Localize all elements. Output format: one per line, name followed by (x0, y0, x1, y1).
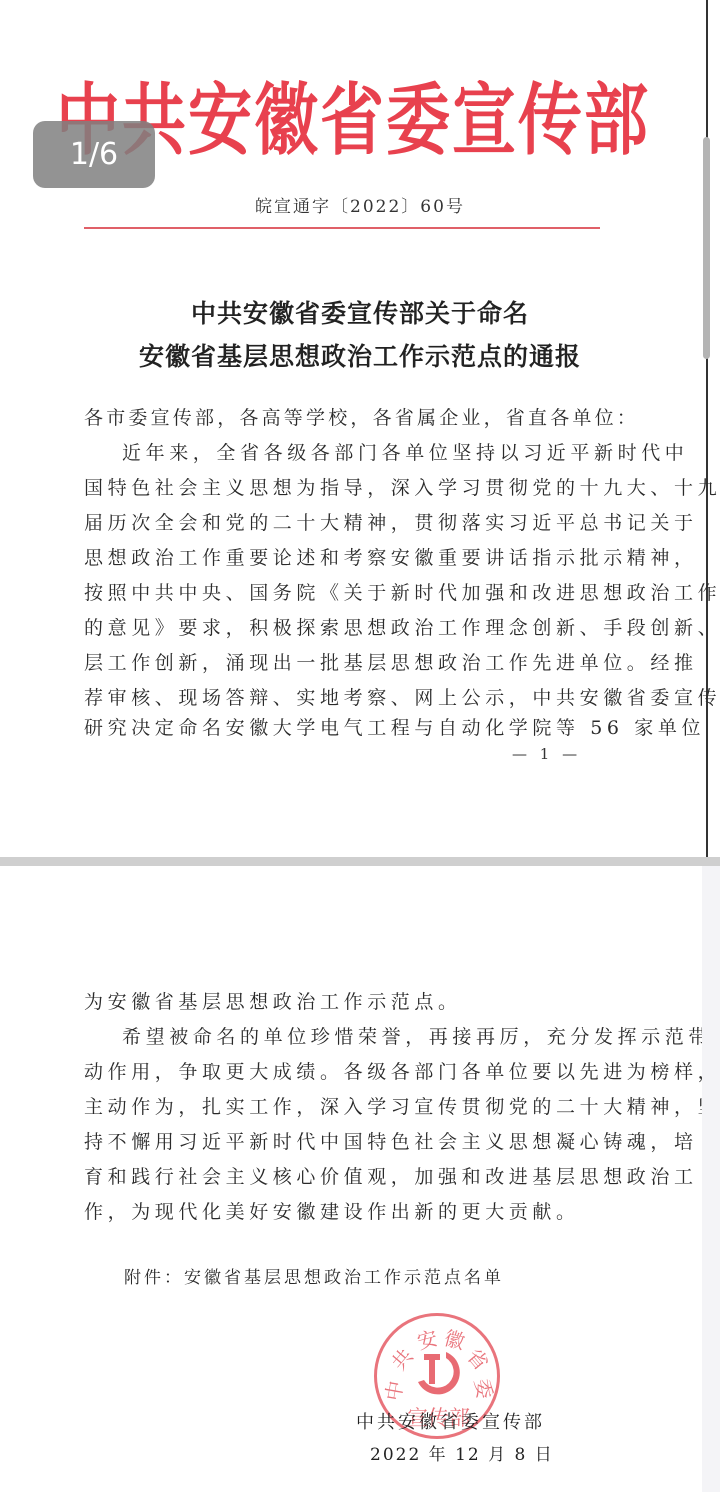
document-number: 皖宣通字〔2022〕60号 (0, 192, 720, 217)
page-edge-shadow (702, 866, 720, 1492)
body-line: 研究决定命名安徽大学电气工程与自动化学院等 56 家单位 (84, 716, 604, 740)
body-line: 国特色社会主义思想为指导，深入学习贯彻党的十九大、十九 (84, 476, 604, 500)
page-number: — 1 — (512, 745, 581, 763)
body-line: 届历次全会和党的二十大精神，贯彻落实习近平总书记关于 (84, 511, 604, 535)
hammer-sickle-icon (410, 1344, 466, 1400)
issuer-signature: 中共安徽省委宣传部 (356, 1408, 545, 1434)
page-separator (0, 857, 720, 866)
body-line: 荐审核、现场答辩、实地考察、网上公示，中共安徽省委宣传部 (84, 686, 604, 710)
attachment-note: 附件：安徽省基层思想政治工作示范点名单 (124, 1266, 644, 1290)
page-counter-badge: 1/6 (33, 121, 155, 188)
body-line: 为安徽省基层思想政治工作示范点。 (84, 990, 604, 1014)
body-line: 持不懈用习近平新时代中国特色社会主义思想凝心铸魂，培 (84, 1130, 604, 1154)
body-line: 按照中共中央、国务院《关于新时代加强和改进思想政治工作 (84, 581, 604, 605)
salutation: 各市委宣传部，各高等学校，各省属企业，省直各单位： (84, 406, 604, 430)
document-page-2: 为安徽省基层思想政治工作示范点。 希望被命名的单位珍惜荣誉，再接再厉，充分发挥示… (0, 866, 706, 1492)
document-title-line-1: 中共安徽省委宣传部关于命名 (0, 294, 720, 330)
vertical-scrollbar[interactable] (703, 137, 710, 359)
body-line: 希望被命名的单位珍惜荣誉，再接再厉，充分发挥示范带 (84, 1025, 642, 1049)
issue-date: 2022 年 12 月 8 日 (370, 1440, 554, 1465)
body-line: 思想政治工作重要论述和考察安徽重要讲话指示批示精神， (84, 546, 604, 570)
body-line: 的意见》要求，积极探索思想政治工作理念创新、手段创新、基 (84, 616, 604, 640)
body-line: 层工作创新，涌现出一批基层思想政治工作先进单位。经推 (84, 651, 604, 675)
red-divider-rule (84, 227, 600, 229)
body-line: 育和践行社会主义核心价值观，加强和改进基层思想政治工 (84, 1165, 604, 1189)
body-line: 近年来，全省各级各部门各单位坚持以习近平新时代中 (84, 441, 642, 465)
document-title-line-2: 安徽省基层思想政治工作示范点的通报 (0, 337, 720, 373)
body-line: 动作用，争取更大成绩。各级各部门各单位要以先进为榜样， (84, 1060, 604, 1084)
body-line: 作，为现代化美好安徽建设作出新的更大贡献。 (84, 1200, 604, 1224)
body-line: 主动作为，扎实工作，深入学习宣传贯彻党的二十大精神，坚 (84, 1095, 604, 1119)
